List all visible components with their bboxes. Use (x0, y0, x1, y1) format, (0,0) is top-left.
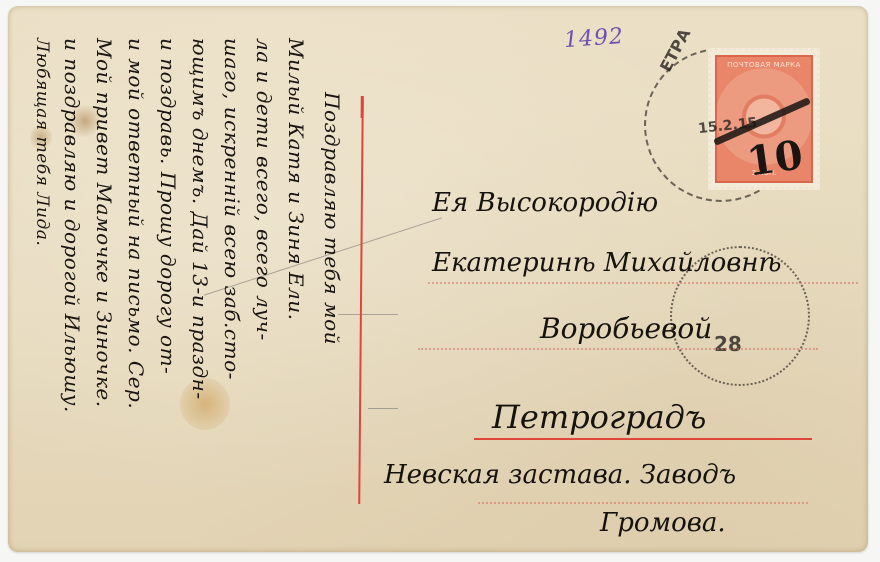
message-line: и поздравляю и дорогой Ильюшу. (60, 38, 84, 413)
message-line: Любящая тебя Лида. (32, 38, 52, 246)
postcard: 1492 Поздравляю тебя мой Милый Катя и Зи… (8, 6, 868, 552)
address-rule (428, 282, 858, 284)
address-line-street: Невская застава. Заводъ (384, 460, 736, 490)
address-line-name: Екатеринѣ Михайловнѣ (432, 248, 781, 278)
message-line: Мой привет Мамочке и Зиночке. (92, 38, 116, 408)
archive-number: 1492 (563, 24, 625, 53)
address-line-factory: Громова. (600, 508, 726, 538)
address-line-city: Петроградъ (492, 398, 706, 436)
message-line: шаго, искренній всею заб.сто- (220, 38, 244, 380)
handwritten-message: Поздравляю тебя мой Милый Катя и Зиня Ел… (8, 6, 360, 552)
address-line-surname: Воробьевой (540, 312, 712, 345)
stamp-overprint: 10 (744, 131, 806, 185)
address-rule (478, 502, 808, 504)
message-line: ла и дети всего, всего луч- (252, 38, 276, 341)
message-line: и поздравь. Прошу дорогу от- (156, 38, 180, 374)
address-line-salutation: Ея Высокородію (432, 188, 658, 218)
message-line: Поздравляю тебя мой (320, 92, 344, 345)
city-underline (474, 438, 812, 440)
message-line: Милый Катя и Зиня Ели. (284, 38, 308, 321)
stamp-top-text: ПОЧТОВАЯ МАРКА (717, 61, 811, 69)
second-postmark-text: 28 (714, 332, 742, 356)
message-line: ющимъ днемъ. Дай 13-и праздн- (188, 38, 212, 400)
pencil-stroke (368, 408, 398, 409)
address-rule (418, 348, 818, 350)
message-line: и мой ответный на письмо. Сер. (124, 38, 148, 409)
